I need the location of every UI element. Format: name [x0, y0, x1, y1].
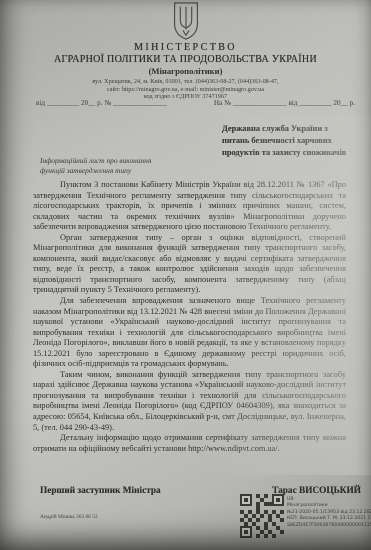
- body-paragraph: Таким чином, виконання функцій затвердже…: [33, 370, 346, 433]
- addressee-block: Державна служба України з питань безпечн…: [222, 123, 371, 158]
- executor-contact: Андрій Мишка 363 68 53: [40, 514, 98, 520]
- body-paragraph: Пунктом 3 постанови Кабінету Міністрів У…: [33, 180, 346, 233]
- subject-line-text: функцій затвердження типу: [40, 166, 195, 176]
- qr-code-icon: [240, 494, 284, 538]
- scanned-letter-page: МІНІСТЕРСТВО АГРАРНОЇ ПОЛІТИКИ ТА ПРОДОВ…: [0, 0, 371, 550]
- addressee-line: питань безпечності харчових: [222, 135, 371, 147]
- ministry-short-name: (Мінагрополітики): [0, 66, 371, 76]
- body-paragraph: Орган затвердження типу – орган з оцінки…: [33, 233, 346, 296]
- subject-line: Інформаційний лист про виконання функцій…: [40, 156, 195, 177]
- stamp-line: КЕП: Висоцький Т. М. 23.12.2021 11:10: [287, 516, 371, 522]
- ministry-name-line1: МІНІСТЕРСТВО: [0, 42, 371, 53]
- ministry-address: вул. Хрещатик, 24, м. Київ, 01001, тел. …: [0, 78, 371, 101]
- addressee-line: продуктів та захисту споживачів: [222, 147, 371, 159]
- stamp-line: S8EZD4E7F500307B0400000001135000: [287, 523, 371, 529]
- address-line: сайт: https://minagro.gov.ua, e-mail: mi…: [0, 86, 371, 94]
- digital-signature-stamp: UB Мінагрополітики №21-2020-05.1/13953 в…: [240, 494, 371, 538]
- reference-number-row: від _________ 20__ р. № _______________ …: [36, 99, 355, 107]
- signatory-position: Перший заступник Міністра: [40, 486, 161, 496]
- body-paragraph: Детальну інформацію щодо отримання серти…: [33, 433, 346, 454]
- body-paragraph: Для забезпечення впровадження зазначеног…: [33, 296, 346, 370]
- stamp-text-block: UB Мінагрополітики №21-2020-05.1/13953 в…: [287, 497, 371, 538]
- outgoing-ref-blank: від _________ 20__ р. № _______________: [36, 99, 167, 107]
- letter-body: Пунктом 3 постанови Кабінету Міністрів У…: [33, 180, 346, 454]
- subject-line-text: Інформаційний лист про виконання: [40, 156, 195, 166]
- address-line: вул. Хрещатик, 24, м. Київ, 01001, тел. …: [0, 78, 371, 86]
- letterhead: МІНІСТЕРСТВО АГРАРНОЇ ПОЛІТИКИ ТА ПРОДОВ…: [0, 2, 371, 101]
- addressee-line: Державна служба України з: [222, 123, 371, 135]
- incoming-ref-blank: На № _______________ від _________ 20__ …: [214, 99, 355, 107]
- ukraine-trident-icon: [171, 2, 201, 40]
- ministry-name-line2: АГРАРНОЇ ПОЛІТИКИ ТА ПРОДОВОЛЬСТВА УКРАЇ…: [0, 54, 371, 65]
